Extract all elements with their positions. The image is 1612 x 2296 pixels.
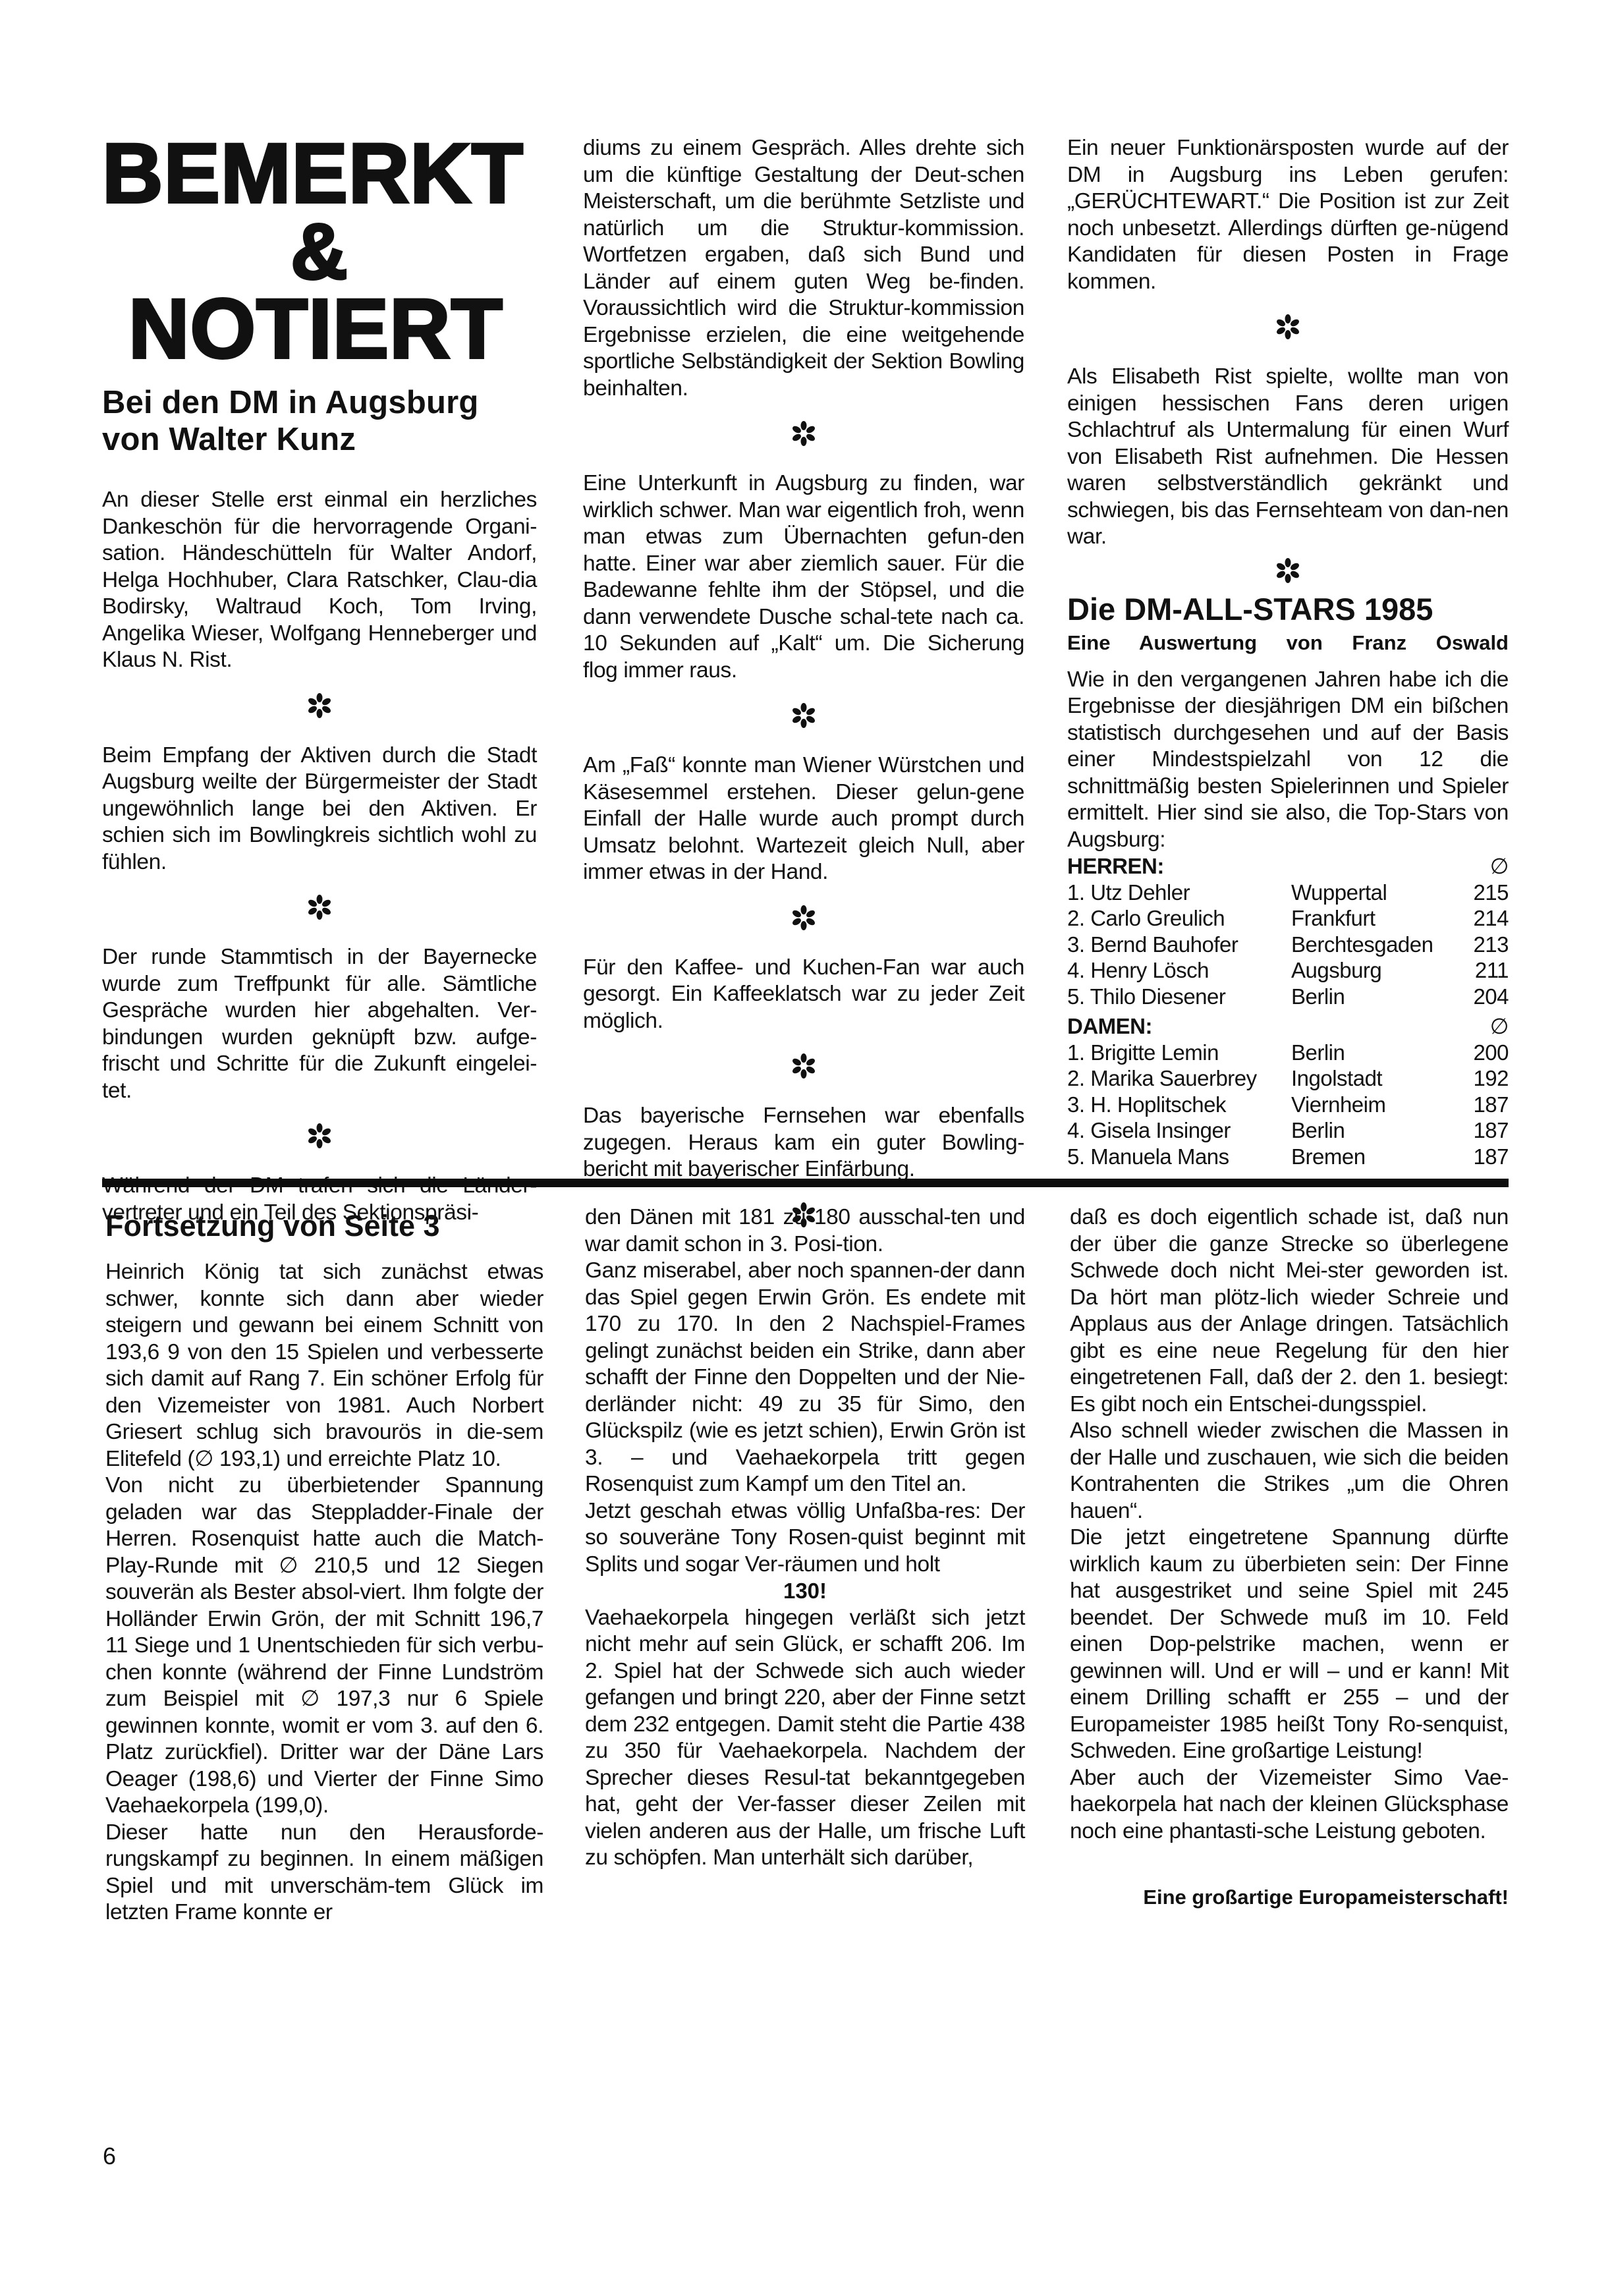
paragraph-steppladder: Von nicht zu überbietender Spannung gela… [105,1472,543,1820]
player-average: 204 [1462,984,1509,1010]
table-row: 3. Bernd Bauhofer Berchtesgaden 213 [1067,932,1509,958]
paragraph-groen: Ganz miserabel, aber noch spannen-der da… [585,1258,1025,1498]
subtitle-event: Bei den DM in Augsburg [102,384,537,421]
asterisk-flower-icon [1067,557,1509,588]
paragraph-stammtisch: Der runde Stammtisch in der Bayernecke w… [102,944,537,1104]
paragraph-spannung: Die jetzt eingetretene Spannung dürfte w… [1070,1525,1509,1765]
table-row: 1. Utz Dehler Wuppertal 215 [1067,880,1509,906]
allstars-ranking-table: HERREN: ∅ 1. Utz Dehler Wuppertal 215 2.… [1067,853,1509,1169]
table-row: 3. H. Hoplitschek Viernheim 187 [1067,1092,1509,1118]
asterisk-flower-icon [583,905,1024,935]
player-name: 4. Gisela Insinger [1067,1117,1291,1144]
player-city: Frankfurt [1291,905,1462,932]
player-average: 187 [1462,1092,1509,1118]
player-average: 200 [1462,1040,1509,1066]
average-symbol: ∅ [1462,1013,1509,1040]
player-name: 5. Thilo Diesener [1067,984,1291,1010]
player-average: 187 [1462,1117,1509,1144]
paragraph-thanks: An dieser Stelle erst einmal ein herzlic… [102,487,537,674]
herren-label: HERREN: [1067,853,1462,880]
damen-label: DAMEN: [1067,1013,1462,1040]
paragraph-zuschauen: Also schnell wieder zwischen die Massen … [1070,1418,1509,1525]
fortsetzung-column-2: den Dänen mit 181 zu 180 ausschal-ten un… [585,1204,1025,1872]
paragraph-fernsehen: Das bayerische Fernsehen war ebenfalls z… [583,1103,1024,1183]
player-average: 214 [1462,905,1509,932]
player-city: Berlin [1291,1040,1462,1066]
player-average: 192 [1462,1065,1509,1092]
asterisk-flower-icon [102,1123,537,1153]
allstars-section: Die DM-ALL-STARS 1985 Eine Auswertung vo… [1067,592,1509,1170]
fortsetzung-column-3: daß es doch eigentlich schade ist, daß n… [1070,1204,1509,1911]
player-name: 3. Bernd Bauhofer [1067,932,1291,958]
paragraph-daenen: den Dänen mit 181 zu 180 ausschal-ten un… [585,1204,1025,1258]
headline-bemerkt: BEMERKT [102,135,537,213]
player-name: 5. Manuela Mans [1067,1144,1291,1170]
player-name: 2. Carlo Greulich [1067,905,1291,932]
player-name: 3. H. Hoplitschek [1067,1092,1291,1118]
asterisk-flower-icon [583,1053,1024,1083]
player-city: Berchtesgaden [1291,932,1462,958]
table-row: 2. Carlo Greulich Frankfurt 214 [1067,905,1509,932]
paragraph-unfassbar: Jetzt geschah etwas völlig Unfaßba-res: … [585,1498,1025,1579]
asterisk-flower-icon [102,894,537,924]
player-city: Viernheim [1291,1092,1462,1118]
subtitle-author: von Walter Kunz [102,421,537,458]
player-name: 1. Brigitte Lemin [1067,1040,1291,1066]
bemerkt-column-3: Ein neuer Funktionärsposten wurde auf de… [1067,135,1509,1169]
paragraph-kaffee: Für den Kaffee- und Kuchen-Fan war auch … [583,955,1024,1035]
damen-header-row: DAMEN: ∅ [1067,1013,1509,1040]
table-row: 4. Henry Lösch Augsburg 211 [1067,957,1509,984]
table-row: 5. Manuela Mans Bremen 187 [1067,1144,1509,1170]
player-name: 1. Utz Dehler [1067,880,1291,906]
player-city: Bremen [1291,1144,1462,1170]
asterisk-flower-icon [1067,314,1509,344]
player-name: 4. Henry Lösch [1067,957,1291,984]
herren-header-row: HERREN: ∅ [1067,853,1509,880]
headline-ampersand: & [102,213,537,291]
paragraph-empfang: Beim Empfang der Aktiven durch die Stadt… [102,742,537,876]
allstars-title: Die DM-ALL-STARS 1985 [1067,592,1509,627]
player-city: Berlin [1291,984,1462,1010]
asterisk-flower-icon [583,702,1024,733]
average-symbol: ∅ [1462,853,1509,880]
paragraph-koenig: Heinrich König tat sich zunächst etwas s… [105,1259,543,1472]
player-average: 211 [1462,957,1509,984]
player-city: Augsburg [1291,957,1462,984]
player-average: 215 [1462,880,1509,906]
paragraph-vaehaekorpela: Vaehaekorpela hingegen verläßt sich jetz… [585,1605,1025,1872]
page-number: 6 [103,2142,116,2170]
allstars-intro: Wie in den vergangenen Jahren habe ich d… [1067,667,1509,854]
player-city: Berlin [1291,1117,1462,1144]
table-row: 1. Brigitte Lemin Berlin 200 [1067,1040,1509,1066]
table-row: 4. Gisela Insinger Berlin 187 [1067,1117,1509,1144]
bemerkt-column-2: diums zu einem Gespräch. Alles drehte si… [583,135,1024,1252]
paragraph-gespraech: diums zu einem Gespräch. Alles drehte si… [583,135,1024,402]
headline-notiert: NOTIERT [128,291,537,368]
paragraph-herausforderung: Dieser hatte nun den Herausforde-rungska… [105,1820,543,1926]
player-average: 187 [1462,1144,1509,1170]
paragraph-fass: Am „Faß“ konnte man Wiener Würstchen und… [583,752,1024,886]
bemerkt-column-1: BEMERKT & NOTIERT Bei den DM in Augsburg… [102,135,537,1226]
highlight-score: 130! [585,1578,1025,1605]
allstars-subtitle: Eine Auswertung von Franz Oswald [1067,630,1509,656]
paragraph-elisabeth-rist: Als Elisabeth Rist spielte, wollte man v… [1067,364,1509,551]
fortsetzung-title: Fortsetzung von Seite 3 [105,1209,543,1243]
paragraph-vizemeister: Aber auch der Vizemeister Simo Vae-haeko… [1070,1765,1509,1845]
paragraph-unterkunft: Eine Unterkunft in Augsburg zu finden, w… [583,470,1024,684]
player-average: 213 [1462,932,1509,958]
asterisk-flower-icon [583,420,1024,451]
player-city: Wuppertal [1291,880,1462,906]
section-divider-rule [102,1179,1509,1187]
fortsetzung-column-1: Fortsetzung von Seite 3 Heinrich König t… [105,1209,543,1926]
closing-line: Eine großartige Europameisterschaft! [1070,1884,1509,1911]
table-row: 5. Thilo Diesener Berlin 204 [1067,984,1509,1010]
paragraph-geruechtewart: Ein neuer Funktionärsposten wurde auf de… [1067,135,1509,295]
player-name: 2. Marika Sauerbrey [1067,1065,1291,1092]
paragraph-schade: daß es doch eigentlich schade ist, daß n… [1070,1204,1509,1418]
bemerkt-subtitle: Bei den DM in Augsburg von Walter Kunz [102,384,537,458]
asterisk-flower-icon [102,692,537,723]
player-city: Ingolstadt [1291,1065,1462,1092]
table-row: 2. Marika Sauerbrey Ingolstadt 192 [1067,1065,1509,1092]
